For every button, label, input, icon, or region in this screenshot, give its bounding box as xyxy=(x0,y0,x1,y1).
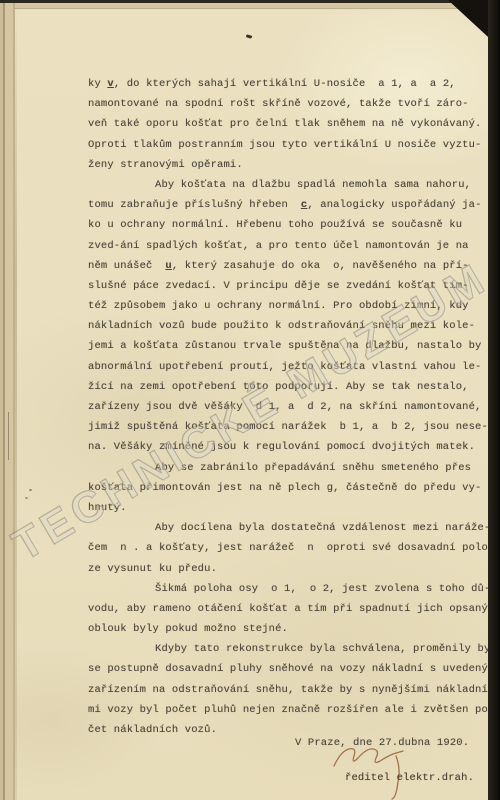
typed-line: Kdyby tato rekonstrukce byla schválena, … xyxy=(88,639,484,659)
typed-line: mi vozy byl počet pluhů nejen značně roz… xyxy=(88,700,484,720)
typed-line: zařízeny jsou dvě věšáky d 1, a d 2, na … xyxy=(88,397,484,417)
typed-line: hnutý. xyxy=(88,498,484,518)
typed-line: košťata přimontován jest na ně plech g, … xyxy=(88,478,484,498)
typed-line: Oproti tlakům postranním jsou tyto verti… xyxy=(88,135,484,155)
typed-line: Šikmá poloha osy o 1, o 2, jest zvolena … xyxy=(88,579,484,599)
typed-line: zařízením na odstraňování sněhu, takže b… xyxy=(88,680,484,700)
typed-line: ze vysunut ku předu. xyxy=(88,559,484,579)
typed-line: jimiž spuštěná košťata pomocí narážek b … xyxy=(88,417,484,437)
typed-line: zved-ání spadlých košťat, a pro tento úč… xyxy=(88,236,484,256)
scan-right-edge xyxy=(488,0,500,800)
page-fold-shadow xyxy=(15,0,17,800)
typed-line: na. Věšáky zmíněné jsou k regulování pom… xyxy=(88,437,484,457)
underlying-sheet-left-edge xyxy=(0,2,15,800)
ink-speck xyxy=(246,34,253,39)
scan-top-edge xyxy=(0,0,500,3)
typed-line: vodu, aby rameno otáčení košťat a tím př… xyxy=(88,599,484,619)
typed-line: abnormální upotřebení proutí, ježto košť… xyxy=(88,357,484,377)
ink-speck xyxy=(29,489,32,491)
typed-line: něm unášeč u, který zasahuje do oka o, n… xyxy=(88,256,484,276)
scanned-document-page: ky v, do kterých sahají vertikální U-nos… xyxy=(0,0,500,800)
typed-line: ky v, do kterých sahají vertikální U-nos… xyxy=(88,74,484,94)
ink-speck xyxy=(25,497,28,499)
typed-line: slušné páce zvedací. V principu děje se … xyxy=(88,276,484,296)
text-block: ky v, do kterých sahají vertikální U-nos… xyxy=(88,74,484,740)
typed-line: čet nákladních vozů. xyxy=(88,720,484,740)
typed-line: Aby docílena byla dostatečná vzdálenost … xyxy=(88,518,484,538)
typed-line: namontované na spodní rošt skříně vozové… xyxy=(88,94,484,114)
typed-line: Aby se zabránilo přepadávání sněhu smete… xyxy=(88,458,484,478)
signature-scribble xyxy=(320,744,430,800)
typed-line: ko u ochrany normální. Hřebenu toho použ… xyxy=(88,215,484,235)
typed-line: čem n . a košťaty, jest narážeč n oproti… xyxy=(88,538,484,558)
typed-line: jemi a košťata zůstanou trvale spuštěna … xyxy=(88,336,484,356)
typed-line: nákladních vozů bude použito k odstraňov… xyxy=(88,316,484,336)
typed-line: oblouk byly pokud možno stejné. xyxy=(88,619,484,639)
scratch-mark xyxy=(8,412,9,460)
typed-line: žící na zemi opotřebení toto podporují. … xyxy=(88,377,484,397)
signatory-title: ředitel elektr.drah. xyxy=(345,772,474,784)
typed-line: též způsobem jako u ochrany normální. Pr… xyxy=(88,296,484,316)
typed-line: ženy stranovými opěrami. xyxy=(88,155,484,175)
typed-line: veň také oporu košťat pro čelní tlak sně… xyxy=(88,114,484,134)
typed-line: tomu zabraňuje příslušný hřeben c, analo… xyxy=(88,195,484,215)
typed-line: Aby košťata na dlažbu spadlá nemohla sam… xyxy=(88,175,484,195)
typed-line: se postupně dosavadní pluhy sněhové na v… xyxy=(88,659,484,679)
